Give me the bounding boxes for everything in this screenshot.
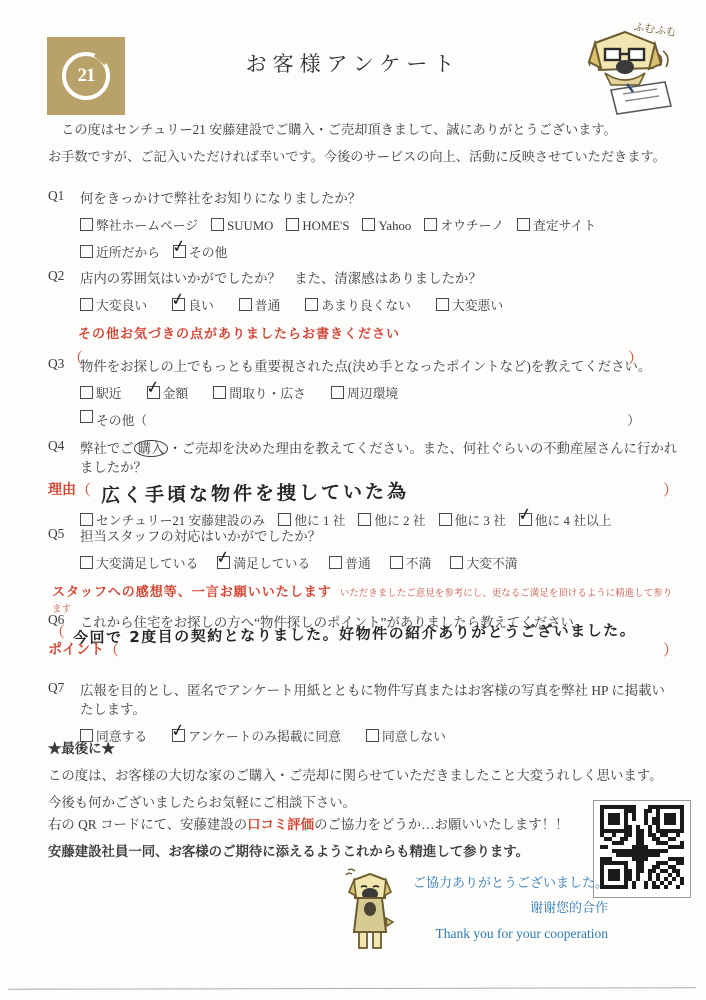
q4-handwritten-answer: 広く手頃な物件を捜していた為 bbox=[101, 473, 663, 508]
checkbox-checked[interactable] bbox=[217, 556, 230, 569]
option-label: 良い bbox=[188, 299, 214, 313]
checkbox-option[interactable]: 大変不満 bbox=[450, 553, 517, 572]
checkbox[interactable] bbox=[305, 298, 318, 311]
checkbox[interactable] bbox=[436, 298, 449, 311]
q6-point-field[interactable]: ポイント （ ） bbox=[48, 639, 678, 660]
checkbox[interactable] bbox=[80, 556, 93, 569]
checkbox-option[interactable]: 不満 bbox=[390, 553, 432, 572]
thanks-block: ご協力ありがとうございました。 谢谢您的合作 Thank you for you… bbox=[380, 870, 608, 947]
q5-number: Q5 bbox=[48, 526, 80, 545]
q1-options-row1: 弊社ホームページSUUMOHOME'SYahooオウチーノ査定サイト bbox=[80, 215, 678, 234]
checkbox-option[interactable]: HOME'S bbox=[286, 218, 349, 234]
checkbox-option[interactable]: 満足している bbox=[217, 553, 310, 572]
q1-number: Q1 bbox=[48, 188, 80, 207]
option-label: 駅近 bbox=[96, 387, 122, 401]
checkbox[interactable] bbox=[450, 556, 463, 569]
q1-text: 何をきっかけで弊社をお知りになりましたか？ bbox=[80, 188, 361, 207]
checkbox-checked[interactable] bbox=[172, 298, 185, 311]
checkbox-option[interactable]: 金額 bbox=[147, 383, 189, 402]
checkbox[interactable] bbox=[80, 513, 93, 526]
checkbox-option[interactable]: 良い bbox=[172, 295, 214, 314]
paper-edge-line bbox=[8, 987, 696, 989]
thanks-english: Thank you for your cooperation bbox=[380, 921, 608, 947]
checkbox[interactable] bbox=[211, 218, 224, 231]
option-label: 査定サイト bbox=[533, 219, 596, 233]
option-label: 近所だから bbox=[96, 246, 160, 260]
q3-text: 物件をお探しの上でもっとも重要視された点(決め手となったポイントなど)を教えてく… bbox=[80, 356, 651, 375]
q4-reason-label: 理由 bbox=[48, 479, 76, 499]
intro-line2: お手数ですが、ご記入いただければ幸いです。今後のサービスの向上、活動に反映させて… bbox=[48, 143, 678, 170]
checkbox[interactable] bbox=[213, 386, 226, 399]
q2-free-comment-label: その他お気づきの点がありましたらお書きください bbox=[78, 323, 678, 342]
q2-text: 店内の雰囲気はいかがでしたか？ また、清潔感はありましたか？ bbox=[80, 268, 482, 287]
checkbox-option[interactable]: その他 bbox=[173, 242, 227, 261]
q3-number: Q3 bbox=[48, 356, 80, 375]
q2-number: Q2 bbox=[48, 268, 80, 287]
option-label: 大変不満 bbox=[466, 557, 517, 571]
q4-text: 弊社でご購入・ご売却を決めた理由を教えてください。また、何社ぐらいの不動産屋さん… bbox=[80, 438, 678, 476]
checkbox-option[interactable]: 査定サイト bbox=[517, 215, 596, 234]
checkbox-option[interactable]: SUUMO bbox=[211, 218, 273, 234]
checkbox-option[interactable]: 近所だから bbox=[80, 242, 160, 261]
option-label: 周辺環境 bbox=[347, 387, 398, 401]
option-label: その他 bbox=[189, 246, 227, 260]
option-label: あまり良くない bbox=[321, 299, 411, 313]
q7-number: Q7 bbox=[48, 680, 80, 718]
checkbox-option[interactable]: 弊社ホームページ bbox=[80, 215, 198, 234]
thanks-chinese: 谢谢您的合作 bbox=[380, 895, 608, 920]
checkbox-option[interactable]: 大変良い bbox=[80, 295, 147, 314]
staff-pledge-line: 安藤建設社員一同、お客様のご期待に添えるようこれからも精進して参ります。 bbox=[48, 839, 593, 866]
option-label: 満足している bbox=[233, 557, 310, 571]
checkbox[interactable] bbox=[329, 556, 342, 569]
checkbox-checked[interactable] bbox=[147, 386, 160, 399]
checkbox-checked[interactable] bbox=[519, 513, 532, 526]
q6-text: これから住宅をお探しの方へ“物件探しのポイント”がありましたら教えてください。 bbox=[80, 612, 587, 631]
checkbox[interactable] bbox=[286, 218, 299, 231]
review-highlight: 口コミ評価 bbox=[247, 817, 314, 832]
checkbox-option[interactable]: 大変満足している bbox=[80, 553, 198, 572]
option-label: 大変満足している bbox=[96, 557, 198, 571]
option-label: 普通 bbox=[255, 299, 281, 313]
option-label: 普通 bbox=[345, 557, 371, 571]
checkbox-option[interactable]: 駅近 bbox=[80, 383, 122, 402]
checkbox[interactable] bbox=[80, 410, 93, 423]
checkbox-option[interactable]: Yahoo bbox=[362, 218, 411, 234]
question-q1: Q1何をきっかけで弊社をお知りになりましたか？ 弊社ホームページSUUMOHOM… bbox=[48, 188, 678, 261]
q2-options: 大変良い良い普通あまり良くない大変悪い bbox=[80, 295, 678, 314]
checkbox[interactable] bbox=[239, 298, 252, 311]
checkbox[interactable] bbox=[80, 245, 93, 258]
checkbox-option[interactable]: 普通 bbox=[329, 553, 371, 572]
option-label: SUUMO bbox=[227, 219, 273, 233]
checkbox[interactable] bbox=[358, 513, 371, 526]
question-q3: Q3物件をお探しの上でもっとも重要視された点(決め手となったポイントなど)を教え… bbox=[48, 356, 678, 429]
question-q2: Q2店内の雰囲気はいかがでしたか？ また、清潔感はありましたか？ 大変良い良い普… bbox=[48, 268, 678, 368]
checkbox-option[interactable]: あまり良くない bbox=[305, 295, 411, 314]
mascot-dog-writing-icon: ふむふむ bbox=[575, 18, 675, 128]
option-label: 不満 bbox=[406, 557, 432, 571]
option-label: 大変良い bbox=[96, 299, 147, 313]
intro-line1: この度はセンチュリー21 安藤建設でご購入・ご売却頂きまして、誠にありがとうござ… bbox=[48, 116, 678, 143]
qr-request-line: 右の QR コードにて、安藤建設の口コミ評価のご協力をどうか…お願いいたします！… bbox=[48, 812, 593, 839]
option-label: オウチーノ bbox=[440, 219, 504, 233]
q3-options: 駅近金額間取り・広さ周辺環境 bbox=[80, 383, 678, 402]
q5-comment-label: スタッフへの感想等、一言お願いいたしますいただきましたご意見を参考にし、更なるご… bbox=[52, 581, 678, 615]
checkbox[interactable] bbox=[362, 218, 375, 231]
intro-text: この度はセンチュリー21 安藤建設でご購入・ご売却頂きまして、誠にありがとうござ… bbox=[48, 116, 678, 170]
checkbox[interactable] bbox=[278, 513, 291, 526]
q6-point-label: ポイント bbox=[48, 639, 104, 659]
checkbox-option[interactable]: 周辺環境 bbox=[331, 383, 398, 402]
checkbox-option[interactable]: 普通 bbox=[239, 295, 281, 314]
checkbox-checked[interactable] bbox=[173, 245, 186, 258]
circled-word-purchase: 購入 bbox=[134, 440, 169, 457]
option-label: HOME'S bbox=[302, 219, 349, 233]
qr-request-text: 右の QR コードにて、安藤建設の口コミ評価のご協力をどうか…お願いいたします！… bbox=[48, 812, 593, 866]
checkbox-option[interactable]: 大変悪い bbox=[436, 295, 503, 314]
open-paren: （ bbox=[76, 479, 91, 500]
q5-options: 大変満足している満足している普通不満大変不満 bbox=[80, 553, 678, 572]
open-paren: （ bbox=[104, 639, 119, 660]
option-label: 金額 bbox=[163, 387, 189, 401]
close-paren: ） bbox=[663, 479, 678, 500]
mascot-caption: ふむふむ bbox=[633, 20, 675, 39]
option-label: 弊社ホームページ bbox=[96, 219, 198, 233]
checkbox[interactable] bbox=[80, 298, 93, 311]
q7-text: 広報を目的とし、匿名でアンケート用紙とともに物件写真またはお客様の写真を弊社 H… bbox=[80, 680, 678, 718]
option-label: 間取り・広さ bbox=[229, 387, 306, 401]
q5-text: 担当スタッフの対応はいかがでしたか？ bbox=[80, 526, 321, 545]
thanks-japanese: ご協力ありがとうございました。 bbox=[380, 870, 608, 895]
q6-number: Q6 bbox=[48, 612, 80, 631]
q3-other-option[interactable]: その他（ ） bbox=[80, 410, 640, 429]
checkbox[interactable] bbox=[439, 513, 452, 526]
closing-message: ★最後に★ この度は、お客様の大切な家のご購入・ご売却に関らせていただきましたこ… bbox=[48, 736, 678, 816]
option-label: Yahoo bbox=[378, 219, 411, 233]
close-paren: ） bbox=[663, 639, 678, 660]
checkbox[interactable] bbox=[80, 218, 93, 231]
checkbox[interactable] bbox=[80, 386, 93, 399]
checkbox[interactable] bbox=[517, 218, 530, 231]
q3-other-label: その他（ bbox=[96, 410, 147, 429]
question-q4: Q4 弊社でご購入・ご売却を決めた理由を教えてください。また、何社ぐらいの不動産… bbox=[48, 438, 678, 529]
checkbox-option[interactable]: 間取り・広さ bbox=[213, 383, 306, 402]
q4-number: Q4 bbox=[48, 438, 80, 476]
checkbox[interactable] bbox=[424, 218, 437, 231]
close-paren: ） bbox=[627, 410, 640, 429]
checkbox[interactable] bbox=[390, 556, 403, 569]
closing-title: ★最後に★ bbox=[48, 736, 678, 763]
qr-pattern bbox=[600, 805, 684, 894]
q1-options-row2: 近所だからその他 bbox=[80, 242, 678, 261]
checkbox-option[interactable]: オウチーノ bbox=[424, 215, 504, 234]
option-label: 大変悪い bbox=[452, 299, 503, 313]
checkbox[interactable] bbox=[331, 386, 344, 399]
survey-sheet: 21 お客様アンケート ふむふむ この度はセンチュリー21 安藤建設でご購入・ご… bbox=[0, 0, 706, 1000]
closing-line1: この度は、お客様の大切な家のご購入・ご売却に関らせていただきましたこと大変うれし… bbox=[48, 763, 678, 790]
q4-reason-field[interactable]: 理由 （ 広く手頃な物件を捜していた為 ） bbox=[48, 479, 678, 504]
question-q6: Q6これから住宅をお探しの方へ“物件探しのポイント”がありましたら教えてください… bbox=[48, 612, 678, 660]
